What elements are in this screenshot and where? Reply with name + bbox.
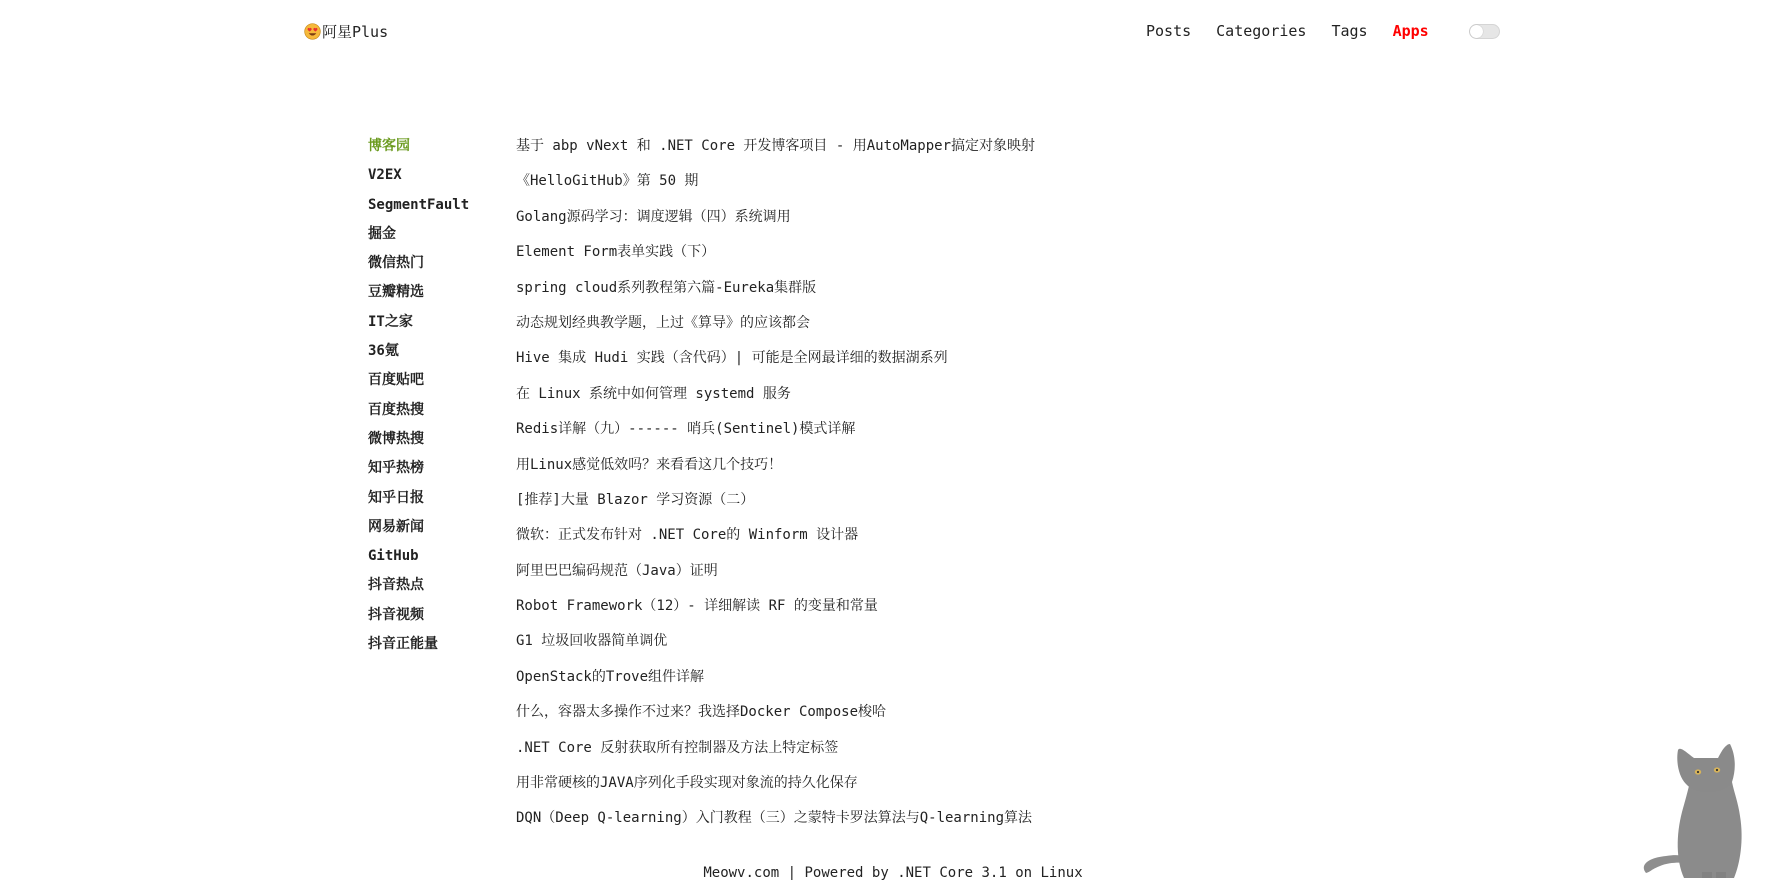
post-link[interactable]: Redis详解（九）------ 哨兵(Sentinel)模式详解	[516, 419, 1416, 454]
nav-posts[interactable]: Posts	[1146, 22, 1191, 40]
main-nav: Posts Categories Tags Apps	[1146, 22, 1500, 40]
theme-toggle[interactable]	[1469, 24, 1500, 39]
source-item[interactable]: 掘金	[368, 224, 498, 253]
post-link[interactable]: [推荐]大量 Blazor 学习资源（二）	[516, 490, 1416, 525]
site-header: 阿星Plus Posts Categories Tags Apps	[0, 0, 1768, 64]
source-item[interactable]: GitHub	[368, 546, 498, 575]
source-item[interactable]: 知乎日报	[368, 488, 498, 517]
site-title: 阿星Plus	[322, 21, 388, 42]
nav-apps[interactable]: Apps	[1393, 22, 1429, 40]
post-link[interactable]: Element Form表单实践（下）	[516, 242, 1416, 277]
post-link[interactable]: 动态规划经典教学题，上过《算导》的应该都会	[516, 313, 1416, 348]
heart-eyes-emoji-icon	[304, 23, 321, 40]
source-item[interactable]: IT之家	[368, 312, 498, 341]
source-item[interactable]: V2EX	[368, 165, 498, 194]
nav-categories[interactable]: Categories	[1216, 22, 1306, 40]
page: 阿星Plus Posts Categories Tags Apps 博客园 V2…	[0, 0, 1768, 880]
source-item[interactable]: 百度贴吧	[368, 370, 498, 399]
source-item[interactable]: SegmentFault	[368, 195, 498, 224]
source-item[interactable]: 百度热搜	[368, 400, 498, 429]
post-link[interactable]: Hive 集成 Hudi 实践（含代码）| 可能是全网最详细的数据湖系列	[516, 348, 1416, 383]
post-link[interactable]: 在 Linux 系统中如何管理 systemd 服务	[516, 384, 1416, 419]
source-item[interactable]: 知乎热榜	[368, 458, 498, 487]
source-item[interactable]: 抖音热点	[368, 575, 498, 604]
source-item[interactable]: 微信热门	[368, 253, 498, 282]
post-link[interactable]: 用非常硬核的JAVA序列化手段实现对象流的持久化保存	[516, 773, 1416, 808]
source-item[interactable]: 网易新闻	[368, 517, 498, 546]
source-item[interactable]: 抖音视频	[368, 605, 498, 634]
post-link[interactable]: 微软：正式发布针对 .NET Core的 Winform 设计器	[516, 525, 1416, 560]
post-link[interactable]: spring cloud系列教程第六篇-Eureka集群版	[516, 278, 1416, 313]
source-item[interactable]: 抖音正能量	[368, 634, 498, 663]
source-item[interactable]: 36氪	[368, 341, 498, 370]
source-item[interactable]: 豆瓣精选	[368, 282, 498, 311]
post-link[interactable]: 《HelloGitHub》第 50 期	[516, 171, 1416, 206]
site-footer: Meowv.com | Powered by .NET Core 3.1 on …	[0, 865, 1768, 880]
nav-tags[interactable]: Tags	[1331, 22, 1367, 40]
toggle-knob	[1470, 25, 1483, 38]
source-item[interactable]: 微博热搜	[368, 429, 498, 458]
post-list: 基于 abp vNext 和 .NET Core 开发博客项目 - 用AutoM…	[516, 136, 1416, 844]
cat-mascot-icon[interactable]	[1636, 740, 1756, 880]
source-sidebar: 博客园 V2EX SegmentFault 掘金 微信热门 豆瓣精选 IT之家 …	[368, 136, 498, 663]
source-item[interactable]: 博客园	[368, 136, 498, 165]
post-link[interactable]: Golang源码学习：调度逻辑（四）系统调用	[516, 207, 1416, 242]
post-link[interactable]: .NET Core 反射获取所有控制器及方法上特定标签	[516, 738, 1416, 773]
post-link[interactable]: DQN（Deep Q-learning）入门教程（三）之蒙特卡罗法算法与Q-le…	[516, 808, 1416, 843]
site-logo[interactable]: 阿星Plus	[304, 21, 388, 42]
post-link[interactable]: Robot Framework（12）- 详细解读 RF 的变量和常量	[516, 596, 1416, 631]
post-link[interactable]: 阿里巴巴编码规范（Java）证明	[516, 561, 1416, 596]
post-link[interactable]: 基于 abp vNext 和 .NET Core 开发博客项目 - 用AutoM…	[516, 136, 1416, 171]
post-link[interactable]: OpenStack的Trove组件详解	[516, 667, 1416, 702]
post-link[interactable]: 用Linux感觉低效吗？来看看这几个技巧！	[516, 455, 1416, 490]
post-link[interactable]: 什么，容器太多操作不过来？我选择Docker Compose梭哈	[516, 702, 1416, 737]
post-link[interactable]: G1 垃圾回收器简单调优	[516, 631, 1416, 666]
